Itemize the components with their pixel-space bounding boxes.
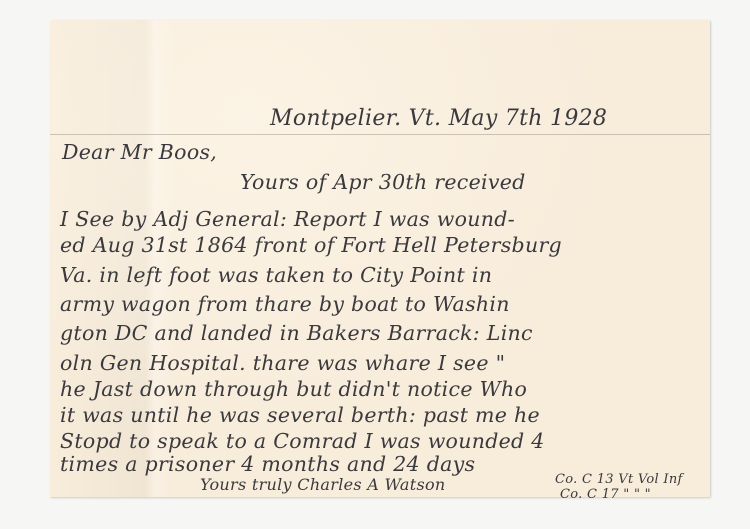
fold-line [50, 134, 710, 135]
body-line: gton DC and landed in Bakers Barrack: Li… [60, 321, 533, 345]
body-line: ed Aug 31st 1864 front of Fort Hell Pete… [60, 233, 562, 257]
acknowledgement: Yours of Apr 30th received [240, 170, 526, 194]
body-line: Stopd to speak to a Comrad I was wounded… [60, 429, 545, 453]
body-line: I See by Adj General: Report I was wound… [60, 207, 515, 231]
body-line: oln Gen Hospital. thare was whare I see … [60, 351, 505, 375]
salutation: Dear Mr Boos, [62, 140, 217, 164]
dateline: Montpelier. Vt. May 7th 1928 [270, 106, 607, 131]
body-line: Va. in left foot was taken to City Point… [60, 263, 492, 287]
unit-line-1: Co. C 13 Vt Vol Inf [555, 472, 683, 487]
letter-paper: Montpelier. Vt. May 7th 1928 Dear Mr Boo… [50, 20, 710, 497]
body-line: times a prisoner 4 months and 24 days [60, 452, 475, 476]
body-line: it was until he was several berth: past … [60, 403, 540, 427]
body-line: army wagon from thare by boat to Washin [60, 292, 510, 316]
body-line: he Jast down through but didn't notice W… [60, 377, 527, 401]
signature: Yours truly Charles A Watson [200, 475, 446, 494]
unit-line-2: Co. C 17 " " " [560, 487, 651, 502]
